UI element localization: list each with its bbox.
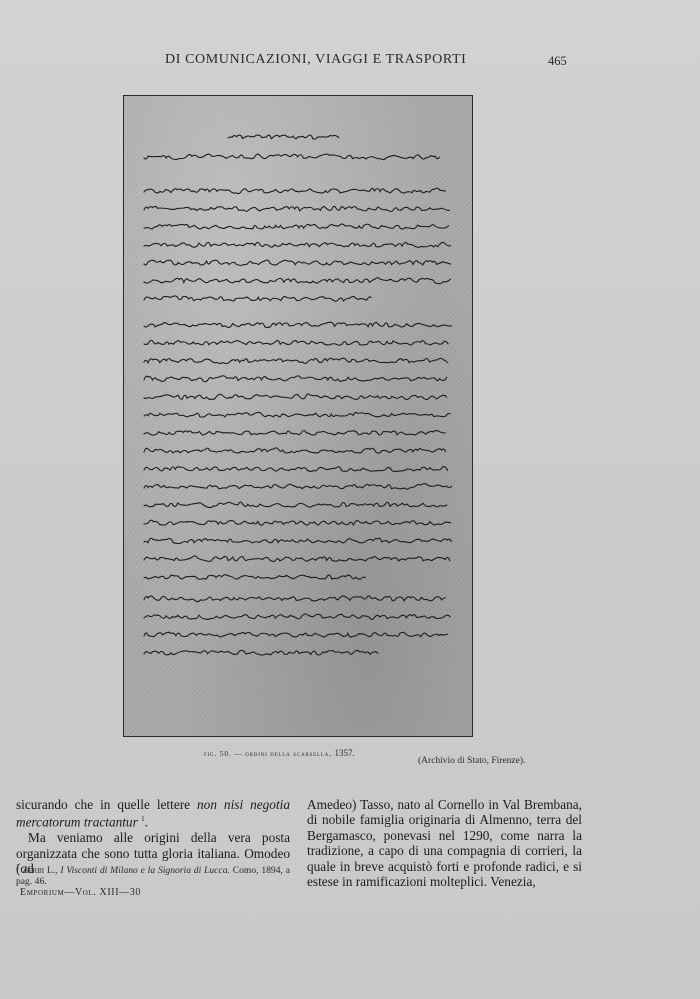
handwriting-line (138, 254, 458, 268)
handwriting-line (138, 334, 458, 348)
caption-label: fig. 50. — ordini della scarsella, (204, 749, 332, 758)
handwriting-line (138, 272, 458, 286)
handwriting-line (138, 316, 458, 330)
handwriting-line (138, 442, 458, 456)
manuscript-figure (123, 95, 473, 737)
handwriting-line (138, 460, 458, 474)
footnote: 1 Zerbi L., I Visconti di Milano e la Si… (16, 862, 290, 887)
signature-mark: Emporium—Vol. XIII—30 (20, 887, 141, 898)
handwriting-line (138, 236, 458, 250)
handwriting-line (138, 148, 458, 162)
handwriting-line (138, 608, 458, 622)
footnote-title: I Visconti di Milano e la Signoria di Lu… (60, 865, 230, 876)
handwriting-line (138, 128, 458, 142)
handwriting-line (138, 568, 458, 582)
handwriting-line (138, 388, 458, 402)
handwriting-line (138, 478, 458, 492)
figure-caption: fig. 50. — ordini della scarsella, 1357. (204, 748, 355, 758)
handwriting-line (138, 590, 458, 604)
page-number: 465 (548, 54, 567, 69)
handwriting-line (138, 514, 458, 528)
handwriting-line (138, 370, 458, 384)
handwriting-line (138, 182, 458, 196)
handwriting-line (138, 532, 458, 546)
running-head: DI COMUNICAZIONI, VIAGGI E TRASPORTI (165, 52, 466, 68)
right-column: Amedeo) Tasso, nato al Cornello in Val B… (307, 797, 582, 889)
handwriting-line (138, 352, 458, 366)
handwriting-line (138, 218, 458, 232)
text: sicurando che in quelle lettere (16, 797, 197, 812)
footnote-marker: 1 (16, 863, 20, 871)
handwriting-line (138, 290, 458, 304)
footnote-author: Zerbi L., (22, 865, 57, 876)
handwriting-line (138, 550, 458, 564)
paragraph: sicurando che in quelle lettere non nisi… (16, 797, 290, 830)
handwriting-line (138, 626, 458, 640)
paragraph: Amedeo) Tasso, nato al Cornello in Val B… (307, 797, 582, 889)
handwriting-line (138, 200, 458, 214)
handwriting-line (138, 644, 458, 658)
handwriting-line (138, 406, 458, 420)
figure-source: (Archivio di Stato, Firenze). (418, 756, 525, 766)
text: . (145, 815, 148, 830)
handwriting-line (138, 424, 458, 438)
book-page: DI COMUNICAZIONI, VIAGGI E TRASPORTI 465… (0, 0, 700, 999)
caption-year: 1357. (334, 748, 354, 758)
handwriting-line (138, 496, 458, 510)
